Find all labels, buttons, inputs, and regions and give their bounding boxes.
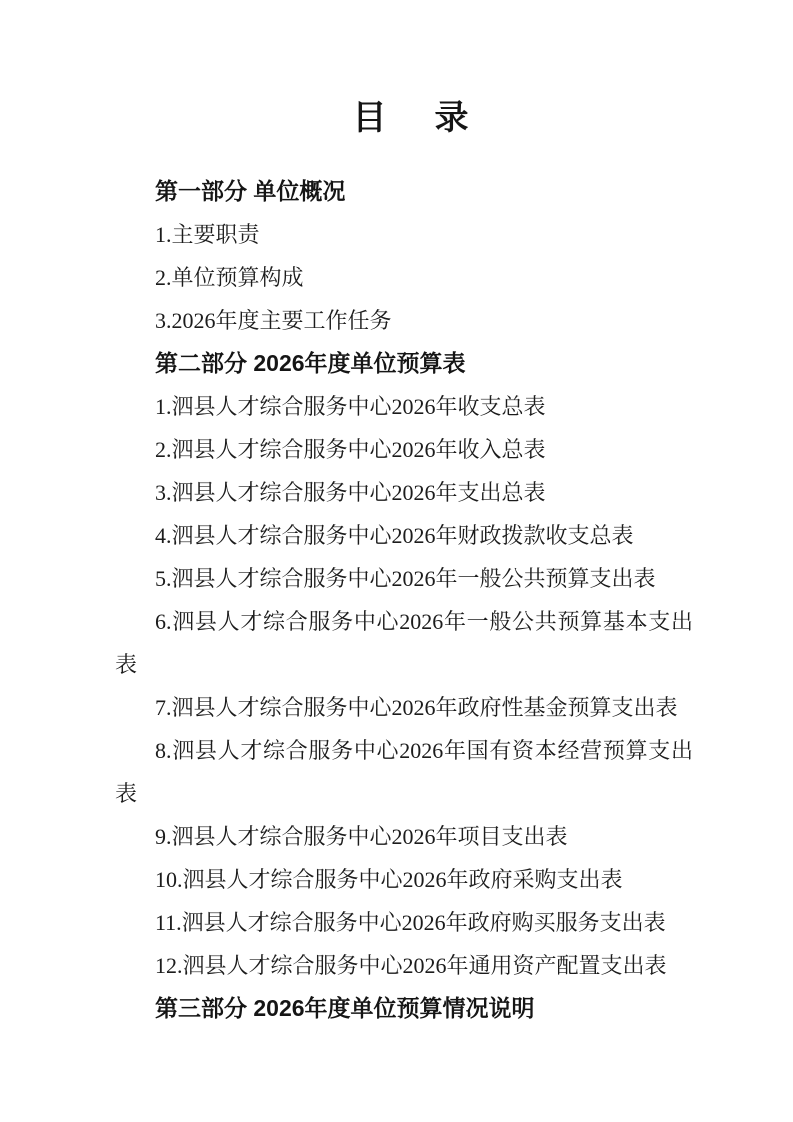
toc-item: 1.主要职责 <box>115 213 693 256</box>
toc-item: 12.泗县人才综合服务中心2026年通用资产配置支出表 <box>115 944 693 987</box>
toc-item: 11.泗县人才综合服务中心2026年政府购买服务支出表 <box>115 901 693 944</box>
document-title: 目 录 <box>115 96 693 140</box>
toc-item: 2.单位预算构成 <box>115 256 693 299</box>
toc-item: 4.泗县人才综合服务中心2026年财政拨款收支总表 <box>115 514 693 557</box>
toc-item: 1.泗县人才综合服务中心2026年收支总表 <box>115 385 693 428</box>
toc-content: 目 录 第一部分 单位概况 1.主要职责 2.单位预算构成 3.2026年度主要… <box>0 0 793 1030</box>
toc-item: 10.泗县人才综合服务中心2026年政府采购支出表 <box>115 858 693 901</box>
toc-item: 3.泗县人才综合服务中心2026年支出总表 <box>115 471 693 514</box>
section-heading-part3: 第三部分 2026年度单位预算情况说明 <box>115 987 693 1030</box>
section-heading-part1: 第一部分 单位概况 <box>115 170 693 213</box>
toc-item: 7.泗县人才综合服务中心2026年政府性基金预算支出表 <box>115 686 693 729</box>
toc-item: 5.泗县人才综合服务中心2026年一般公共预算支出表 <box>115 557 693 600</box>
toc-item: 2.泗县人才综合服务中心2026年收入总表 <box>115 428 693 471</box>
toc-item: 8.泗县人才综合服务中心2026年国有资本经营预算支出表 <box>115 729 693 815</box>
toc-item: 3.2026年度主要工作任务 <box>115 299 693 342</box>
section-heading-part2: 第二部分 2026年度单位预算表 <box>115 342 693 385</box>
toc-item: 9.泗县人才综合服务中心2026年项目支出表 <box>115 815 693 858</box>
toc-item: 6.泗县人才综合服务中心2026年一般公共预算基本支出表 <box>115 600 693 686</box>
document-page: 目 录 第一部分 单位概况 1.主要职责 2.单位预算构成 3.2026年度主要… <box>0 0 793 1122</box>
